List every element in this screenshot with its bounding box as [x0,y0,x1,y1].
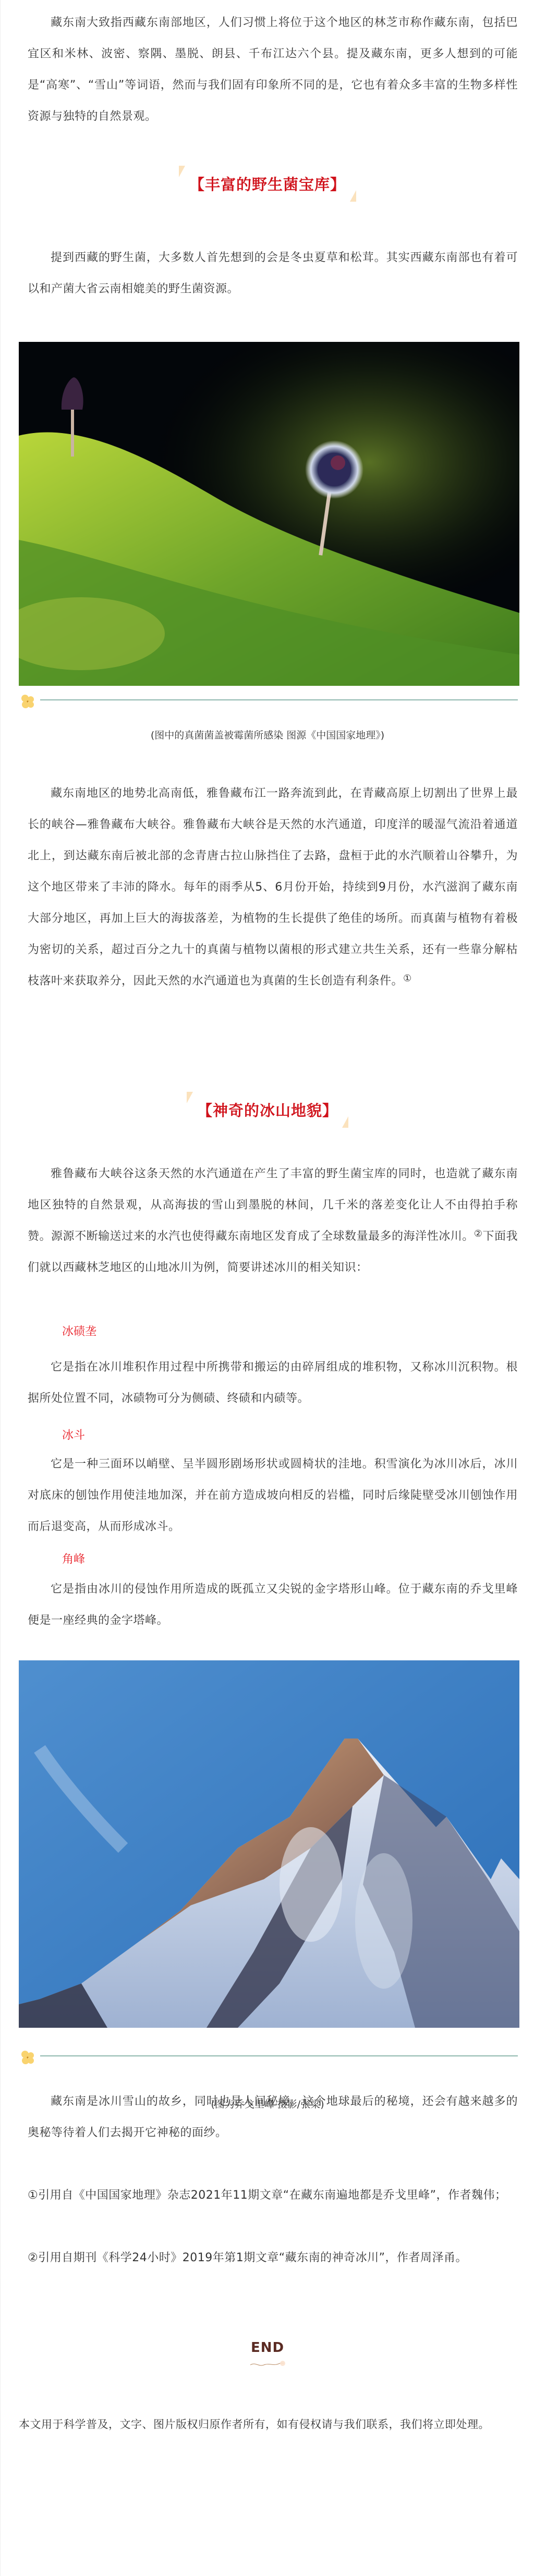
reference-2: ②引用自期刊《科学24小时》2019年第1期文章“藏东南的神奇冰川”，作者周泽甬… [28,2242,518,2274]
end-label: END [1,2340,534,2356]
corner-accent-icon [179,166,185,177]
copyright-disclaimer: 本文用于科学普及，文字、图片版权归原作者所有，如有侵权请与我们联系，我们将立即处… [19,2406,519,2443]
footnote-ref-2[interactable]: ② [474,1228,483,1239]
wave-icon [249,2359,286,2369]
glacier-intro-paragraph: 雅鲁藏布大峡谷这条天然的水汽通道在产生了丰富的野生菌宝库的同时，也造就了藏东南地… [28,1158,518,1284]
divider-line [40,2055,518,2056]
term-horn-title: 角峰 [62,1549,85,1570]
term-moraine-desc: 它是指在冰川堆积作用过程中所携带和搬运的由碎屑组成的堆积物，又称冰川沉积物。根据… [28,1352,518,1414]
article-page: 藏东南大致指西藏东南部地区，人们习惯上将位于这个地区的林芝市称作藏东南，包括巴宜… [0,0,534,2576]
term-cirque-desc: 它是一种三面环以峭壁、呈半圆形剧场形状或圆椅状的洼地。积雪演化为冰川冰后，冰川对… [28,1449,518,1543]
mushroom-photo [19,342,519,686]
mushroom-intro-paragraph: 提到西藏的野生菌，大多数人首先想到的会是冬虫夏草和松茸。其实西藏东南部也有着可以… [28,242,518,305]
image-divider [19,693,520,709]
glacier-intro-text-a: 雅鲁藏布大峡谷这条天然的水汽通道在产生了丰富的野生菌宝库的同时，也造就了藏东南地… [28,1167,518,1243]
flower-icon [19,2049,36,2066]
flower-icon [19,693,36,710]
corner-accent-icon [350,190,356,202]
mountain-image-icon [19,1660,519,2028]
term-horn-desc: 它是指由冰川的侵蚀作用所造成的既孤立又尖锐的金字塔形山峰。位于藏东南的乔戈里峰便… [28,1574,518,1636]
section-title: 【丰富的野生菌宝库】 [189,176,346,193]
intro-paragraph: 藏东南大致指西藏东南部地区，人们习惯上将位于这个地区的林芝市称作藏东南，包括巴宜… [28,7,518,132]
water-vapor-text: 藏东南地区的地势北高南低，雅鲁藏布江一路奔流到此，在青藏高原上切割出了世界上最长… [28,787,518,988]
term-cirque-title: 冰斗 [62,1425,85,1446]
corner-accent-icon [187,1092,193,1103]
closing-paragraph: 藏东南是冰川雪山的故乡，同时也是人间秘境。这个地球最后的秘境，还会有越来越多的奥… [28,2086,518,2149]
term-moraine-title: 冰碛垄 [62,1322,96,1342]
footnote-ref-1[interactable]: ① [403,973,412,984]
divider-line [40,699,518,700]
water-vapor-paragraph: 藏东南地区的地势北高南低，雅鲁藏布江一路奔流到此，在青藏高原上切割出了世界上最长… [28,778,518,997]
corner-accent-icon [342,1116,348,1128]
section-heading-mushrooms: 【丰富的野生菌宝库】 [1,166,534,202]
end-ornament: END [1,2340,534,2369]
section-title: 【神奇的冰山地貌】 [197,1102,338,1119]
image-divider [19,2049,520,2065]
mushroom-image-icon [19,342,519,686]
reference-1: ①引用自《中国国家地理》杂志2021年11期文章“在藏东南遍地都是乔戈里峰”，作… [28,2180,518,2211]
mushroom-caption: (图中的真菌菌盖被霉菌所感染 图源《中国国家地理》) [1,728,534,743]
mountain-photo [19,1660,519,2028]
section-heading-glaciers: 【神奇的冰山地貌】 [1,1092,534,1128]
